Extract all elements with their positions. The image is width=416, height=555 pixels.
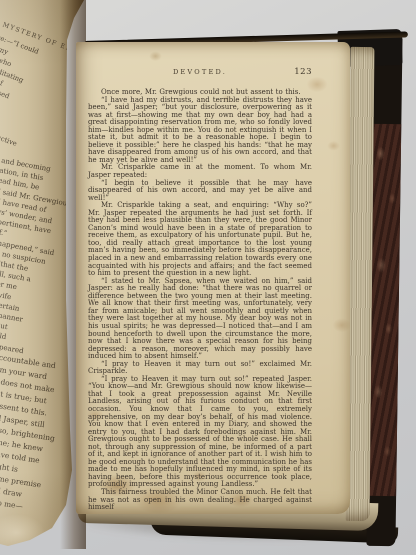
page-body-text: Once more, Mr. Grewgious could not but a… xyxy=(88,89,312,512)
page-header-row: DEVOTED. 123 xyxy=(88,68,312,78)
running-header: DEVOTED. xyxy=(88,68,312,76)
right-page: DEVOTED. 123 Once more, Mr. Grewgious co… xyxy=(76,42,350,514)
body-paragraph: “I pray to Heaven it may turn out so!” e… xyxy=(88,361,312,376)
body-paragraph: Mr. Crisparkle came in at the moment. To… xyxy=(88,164,312,179)
body-paragraph: This fairness troubled the Minor Canon m… xyxy=(88,489,312,512)
body-paragraph: Mr. Crisparkle taking a seat, and enquir… xyxy=(88,202,312,277)
body-paragraph: “I stated to Mr. Sapsea, when we waited … xyxy=(88,278,312,361)
right-page-content: DEVOTED. 123 Once more, Mr. Grewgious co… xyxy=(88,68,312,512)
body-paragraph: “I have had my distrusts, and terrible d… xyxy=(88,97,312,165)
page-number: 123 xyxy=(294,67,312,77)
body-paragraph: “I begin to believe it possible that he … xyxy=(88,180,312,203)
body-paragraph: “I pray to Heaven it may turn out so!” r… xyxy=(88,376,312,489)
book-photograph: THE MYSTERY OF EDWIN DROOD itation to di… xyxy=(0,0,416,555)
